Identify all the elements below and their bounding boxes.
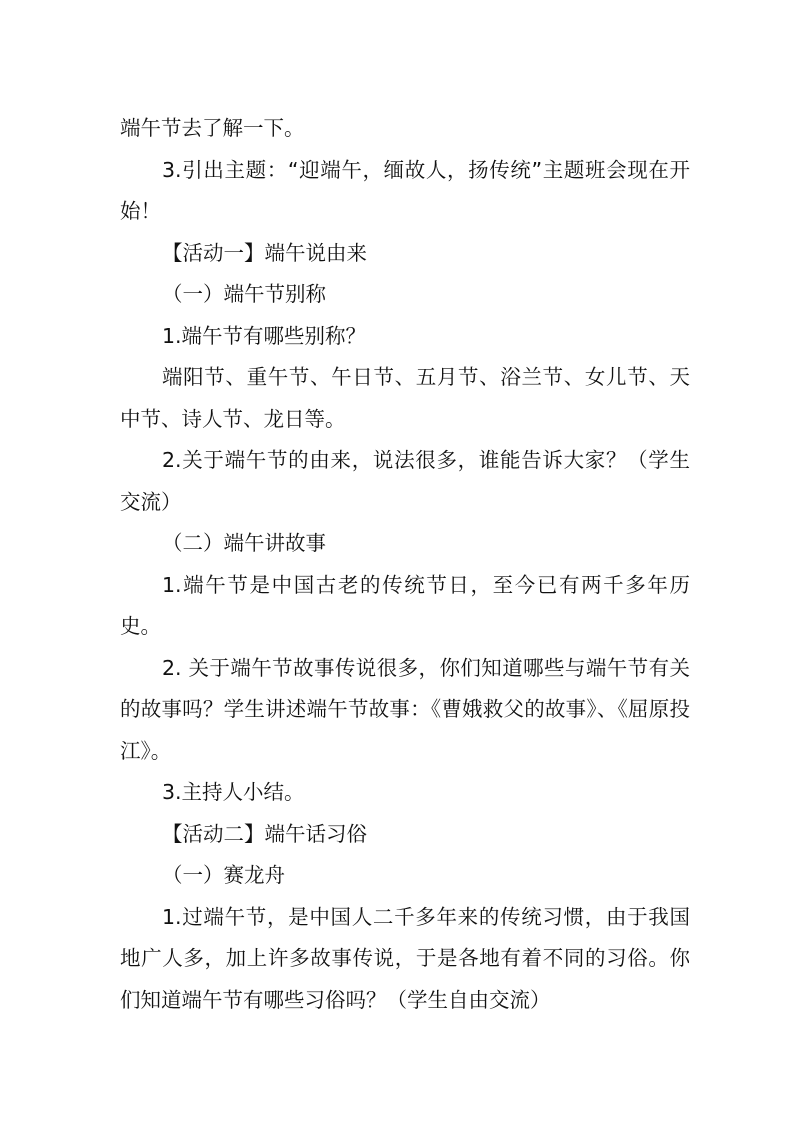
paragraph-host-summary: 3.主持人小结。 <box>120 772 690 814</box>
subheading-festival-aliases: （一）端午节别称 <box>120 274 690 316</box>
paragraph-history: 1.端午节是中国古老的传统节日，至今已有两千多年历史。 <box>120 565 690 648</box>
document-page: 端午节去了解一下。 3.引出主题：“迎端午，缅故人，扬传统”主题班会现在开始！ … <box>120 108 690 1021</box>
subheading-stories: （二）端午讲故事 <box>120 523 690 565</box>
heading-activity-two: 【活动二】端午话习俗 <box>120 814 690 856</box>
paragraph-customs: 1.过端午节，是中国人二千多年来的传统习惯，由于我国地广人多，加上许多故事传说，… <box>120 897 690 1022</box>
heading-activity-one: 【活动一】端午说由来 <box>120 233 690 275</box>
paragraph-stories: 2. 关于端午节故事传说很多，你们知道哪些与端午节有关的故事吗？学生讲述端午节故… <box>120 648 690 773</box>
paragraph-aliases-question: 1.端午节有哪些别称？ <box>120 316 690 358</box>
paragraph-aliases-list: 端阳节、重午节、午日节、五月节、浴兰节、女儿节、天中节、诗人节、龙日等。 <box>120 357 690 440</box>
subheading-dragon-boat: （一）赛龙舟 <box>120 855 690 897</box>
paragraph-origin-question: 2.关于端午节的由来，说法很多，谁能告诉大家？（学生交流） <box>120 440 690 523</box>
paragraph-theme-intro: 3.引出主题：“迎端午，缅故人，扬传统”主题班会现在开始！ <box>120 150 690 233</box>
paragraph-continuation: 端午节去了解一下。 <box>120 108 690 150</box>
